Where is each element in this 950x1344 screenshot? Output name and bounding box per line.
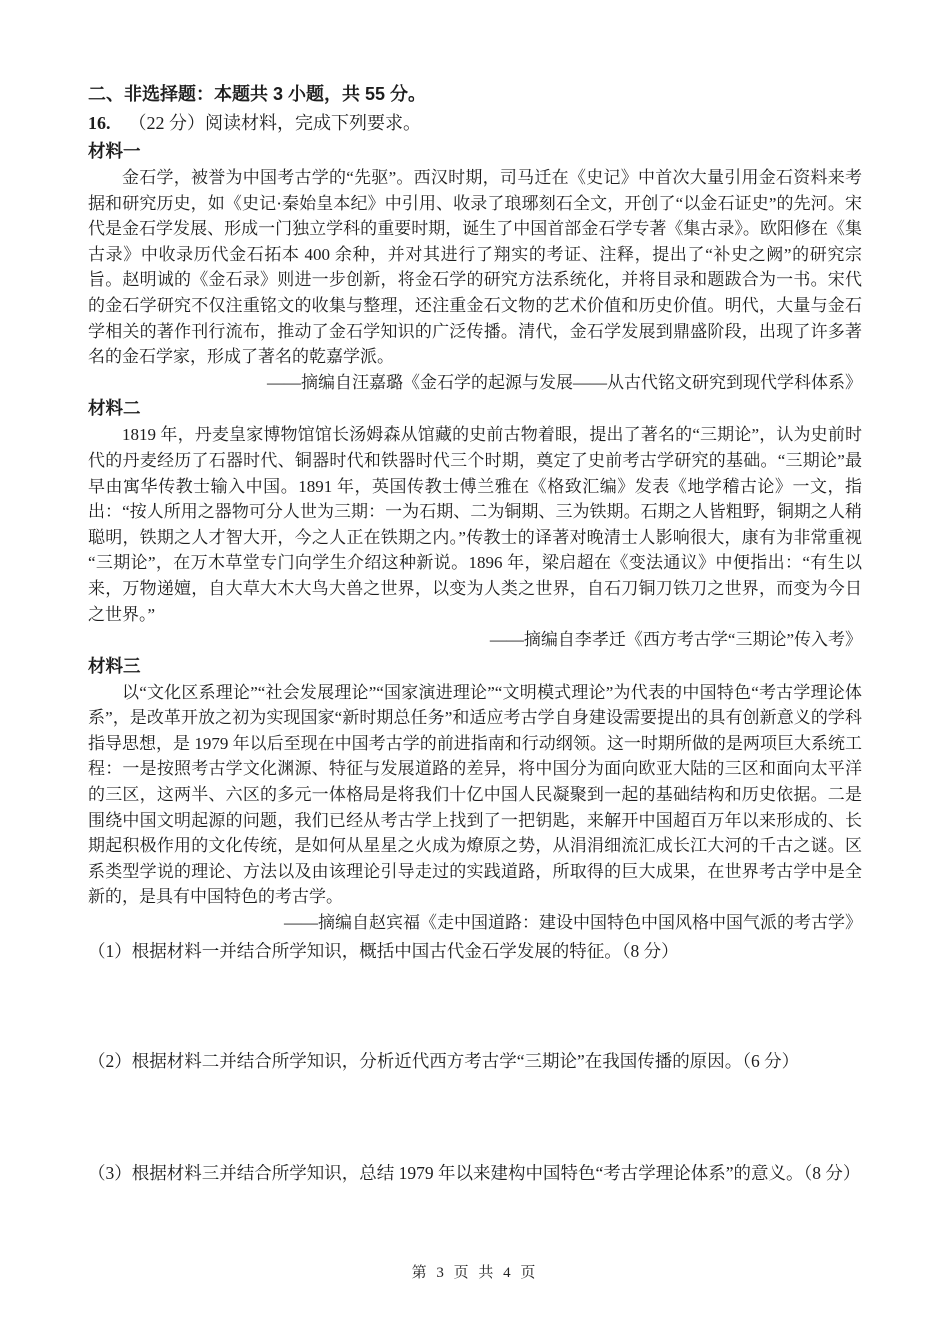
material-3-label: 材料三 <box>88 653 862 680</box>
material-2: 材料二 1819 年，丹麦皇家博物馆馆长汤姆森从馆藏的史前古物着眼，提出了著名的… <box>88 395 862 652</box>
material-1-source: ——摘编自汪嘉璐《金石学的起源与发展——从古代铭文研究到现代学科体系》 <box>88 370 862 396</box>
material-1-text: 金石学，被誉为中国考古学的“先驱”。西汉时期，司马迁在《史记》中首次大量引用金石… <box>88 165 862 370</box>
exam-page: 二、非选择题：本题共 3 小题，共 55 分。 16.（22 分）阅读材料，完成… <box>0 0 950 1344</box>
question-16-heading: 16.（22 分）阅读材料，完成下列要求。 <box>88 109 862 138</box>
material-2-text: 1819 年，丹麦皇家博物馆馆长汤姆森从馆藏的史前古物着眼，提出了著名的“三期论… <box>88 422 862 627</box>
material-3: 材料三 以“文化区系理论”“社会发展理论”“国家演进理论”“文明模式理论”为代表… <box>88 653 862 936</box>
material-2-label: 材料二 <box>88 395 862 422</box>
sub-question-1: （1）根据材料一并结合所学知识，概括中国古代金石学发展的特征。（8 分） <box>88 938 862 965</box>
material-3-source: ——摘编自赵宾福《走中国道路：建设中国特色中国风格中国气派的考古学》 <box>88 910 862 936</box>
material-1: 材料一 金石学，被誉为中国考古学的“先驱”。西汉时期，司马迁在《史记》中首次大量… <box>88 138 862 395</box>
section-header: 二、非选择题：本题共 3 小题，共 55 分。 <box>88 80 862 109</box>
question-16-number: 16. <box>88 113 111 133</box>
sub-question-2: （2）根据材料二并结合所学知识，分析近代西方考古学“三期论”在我国传播的原因。（… <box>88 1048 862 1075</box>
material-3-text: 以“文化区系理论”“社会发展理论”“国家演进理论”“文明模式理论”为代表的中国特… <box>88 680 862 910</box>
sub-question-3: （3）根据材料三并结合所学知识，总结 1979 年以来建构中国特色“考古学理论体… <box>88 1160 862 1187</box>
question-16-intro: （22 分）阅读材料，完成下列要求。 <box>129 113 422 133</box>
material-1-label: 材料一 <box>88 138 862 165</box>
page-number-footer: 第 3 页 共 4 页 <box>0 1261 950 1282</box>
material-2-source: ——摘编自李孝迁《西方考古学“三期论”传入考》 <box>88 627 862 653</box>
